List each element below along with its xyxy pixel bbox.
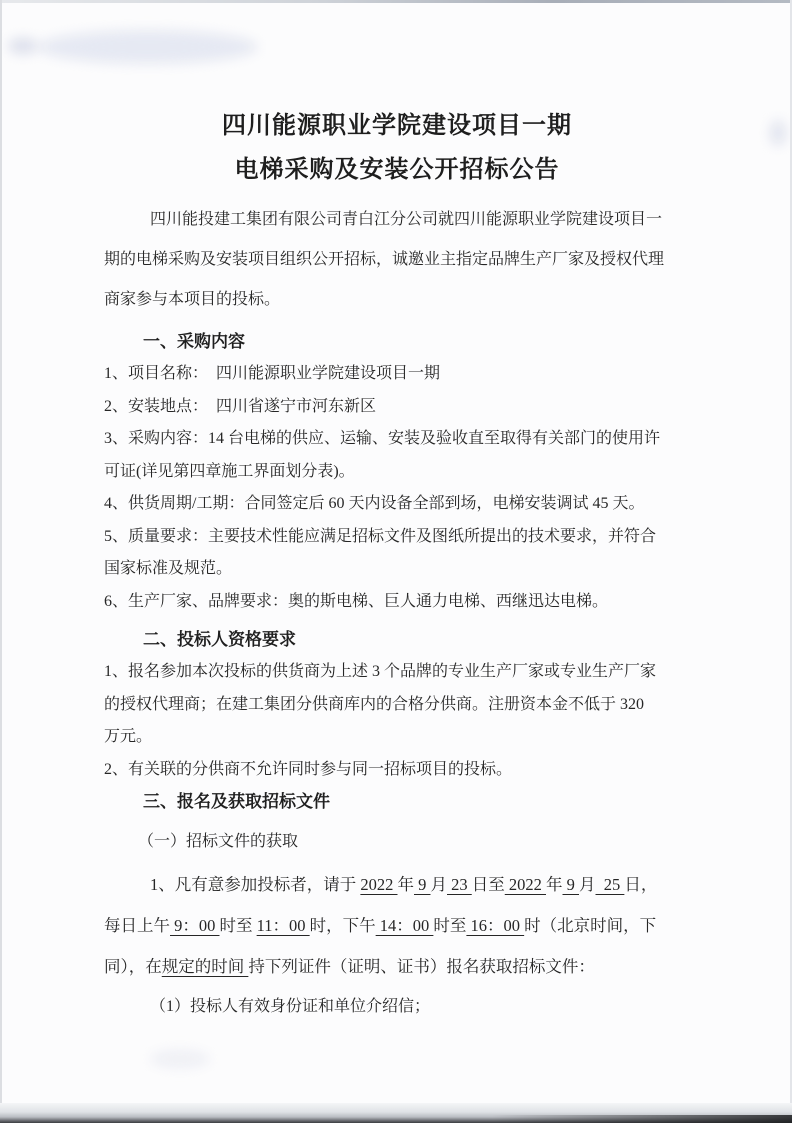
subsection-heading-obtain-documents: （一）招标文件的获取: [104, 826, 690, 858]
text-segment: 持下列证件（证明、证书）报名获取招标文件：: [248, 957, 595, 976]
intro-line: 商家参与本项目的投标。: [104, 280, 690, 320]
underlined-field-value: 2022: [505, 875, 546, 894]
section-qualification-body: 1、报名参加本次投标的供货商为上述 3 个品牌的专业生产厂家或专业生产厂家 的授…: [104, 656, 690, 786]
intro-line: 四川能投建工集团有限公司青白江分公司就四川能源职业学院建设项目一: [104, 200, 690, 240]
underlined-field-value: 11：00: [257, 916, 310, 935]
doc-line: 5、质量要求：主要技术性能应满足招标文件及图纸所提出的技术要求，并符合: [104, 521, 690, 554]
text-segment: 年: [398, 875, 415, 894]
underlined-field-value: 16：00: [466, 916, 524, 935]
doc-line: 6、生产厂家、品牌要求：奥的斯电梯、巨人通力电梯、西继迅达电梯。: [104, 586, 690, 619]
doc-line: 1、报名参加本次投标的供货商为上述 3 个品牌的专业生产厂家或专业生产厂家: [104, 656, 690, 689]
doc-line: 万元。: [104, 721, 690, 754]
doc-line-with-filled-blanks: 每日上午 9：00 时至 11：00 时，下午 14：00 时至 16：00 时…: [104, 905, 690, 946]
doc-line-with-filled-blanks: 同），在规定的时间 持下列证件（证明、证书）报名获取招标文件：: [104, 946, 690, 987]
text-segment: 日，: [624, 875, 657, 894]
underlined-field-value: 23: [447, 875, 472, 894]
underlined-field-value: 9: [414, 875, 431, 894]
section-heading-qualification: 二、投标人资格要求: [104, 624, 690, 656]
section-heading-registration: 三、报名及获取招标文件: [104, 786, 690, 818]
required-credential-item: （1）投标人有效身份证和单位介绍信；: [104, 991, 690, 1024]
text-segment: 时至: [433, 916, 466, 935]
intro-line: 期的电梯采购及安装项目组织公开招标，诚邀业主指定品牌生产厂家及授权代理: [104, 240, 690, 280]
text-segment: 月: [431, 875, 448, 894]
doc-line: 的授权代理商；在建工集团分供商库内的合格分供商。注册资本金不低于 320: [104, 689, 690, 722]
section-heading-procurement: 一、采购内容: [104, 326, 690, 358]
doc-line: 2、有关联的分供商不允许同时参与同一招标项目的投标。: [104, 754, 690, 787]
text-segment: 1、凡有意参加投标者，请于: [150, 875, 360, 894]
underlined-field-value: 9：00: [170, 916, 220, 935]
underlined-field-value: 25: [596, 875, 625, 894]
underlined-field-value: 9: [563, 875, 580, 894]
text-segment: 同），在: [104, 957, 162, 976]
text-segment: 时，下午: [310, 916, 376, 935]
text-segment: 月: [579, 875, 596, 894]
text-segment: 日至: [472, 875, 505, 894]
text-segment: 时至: [220, 916, 257, 935]
doc-line: 4、供货周期/工期：合同签定后 60 天内设备全部到场，电梯安装调试 45 天。: [104, 488, 690, 521]
document-title-line-1: 四川能源职业学院建设项目一期: [104, 104, 690, 148]
text-segment: 年: [546, 875, 563, 894]
text-segment: 时（北京时间，下: [524, 916, 656, 935]
intro-paragraph: 四川能投建工集团有限公司青白江分公司就四川能源职业学院建设项目一 期的电梯采购及…: [104, 200, 690, 320]
underlined-field-value: 规定的时间: [162, 957, 249, 976]
doc-line: 国家标准及规范。: [104, 553, 690, 586]
scanned-document-page: 四川能源职业学院建设项目一期 电梯采购及安装公开招标公告 四川能投建工集团有限公…: [0, 0, 792, 1123]
text-segment: 每日上午: [104, 916, 170, 935]
doc-line-with-filled-blanks: 1、凡有意参加投标者，请于 2022 年 9 月 23 日至 2022 年 9 …: [104, 864, 690, 905]
scan-smudge: [150, 1050, 210, 1068]
scan-edge-artifact-bottom-right: [492, 1115, 792, 1123]
underlined-field-value: 2022: [360, 875, 397, 894]
doc-line: 3、采购内容：14 台电梯的供应、运输、安装及验收直至取得有关部门的使用许: [104, 423, 690, 456]
doc-line: 2、安装地点： 四川省遂宁市河东新区: [104, 391, 690, 424]
document-content: 四川能源职业学院建设项目一期 电梯采购及安装公开招标公告 四川能投建工集团有限公…: [0, 0, 792, 1024]
document-title-line-2: 电梯采购及安装公开招标公告: [104, 148, 690, 192]
section-procurement-body: 1、项目名称： 四川能源职业学院建设项目一期 2、安装地点： 四川省遂宁市河东新…: [104, 358, 690, 618]
doc-line: 可证(详见第四章施工界面划分表)。: [104, 456, 690, 489]
underlined-field-value: 14：00: [376, 916, 434, 935]
registration-schedule-paragraph: 1、凡有意参加投标者，请于 2022 年 9 月 23 日至 2022 年 9 …: [104, 864, 690, 987]
doc-line: 1、项目名称： 四川能源职业学院建设项目一期: [104, 358, 690, 391]
